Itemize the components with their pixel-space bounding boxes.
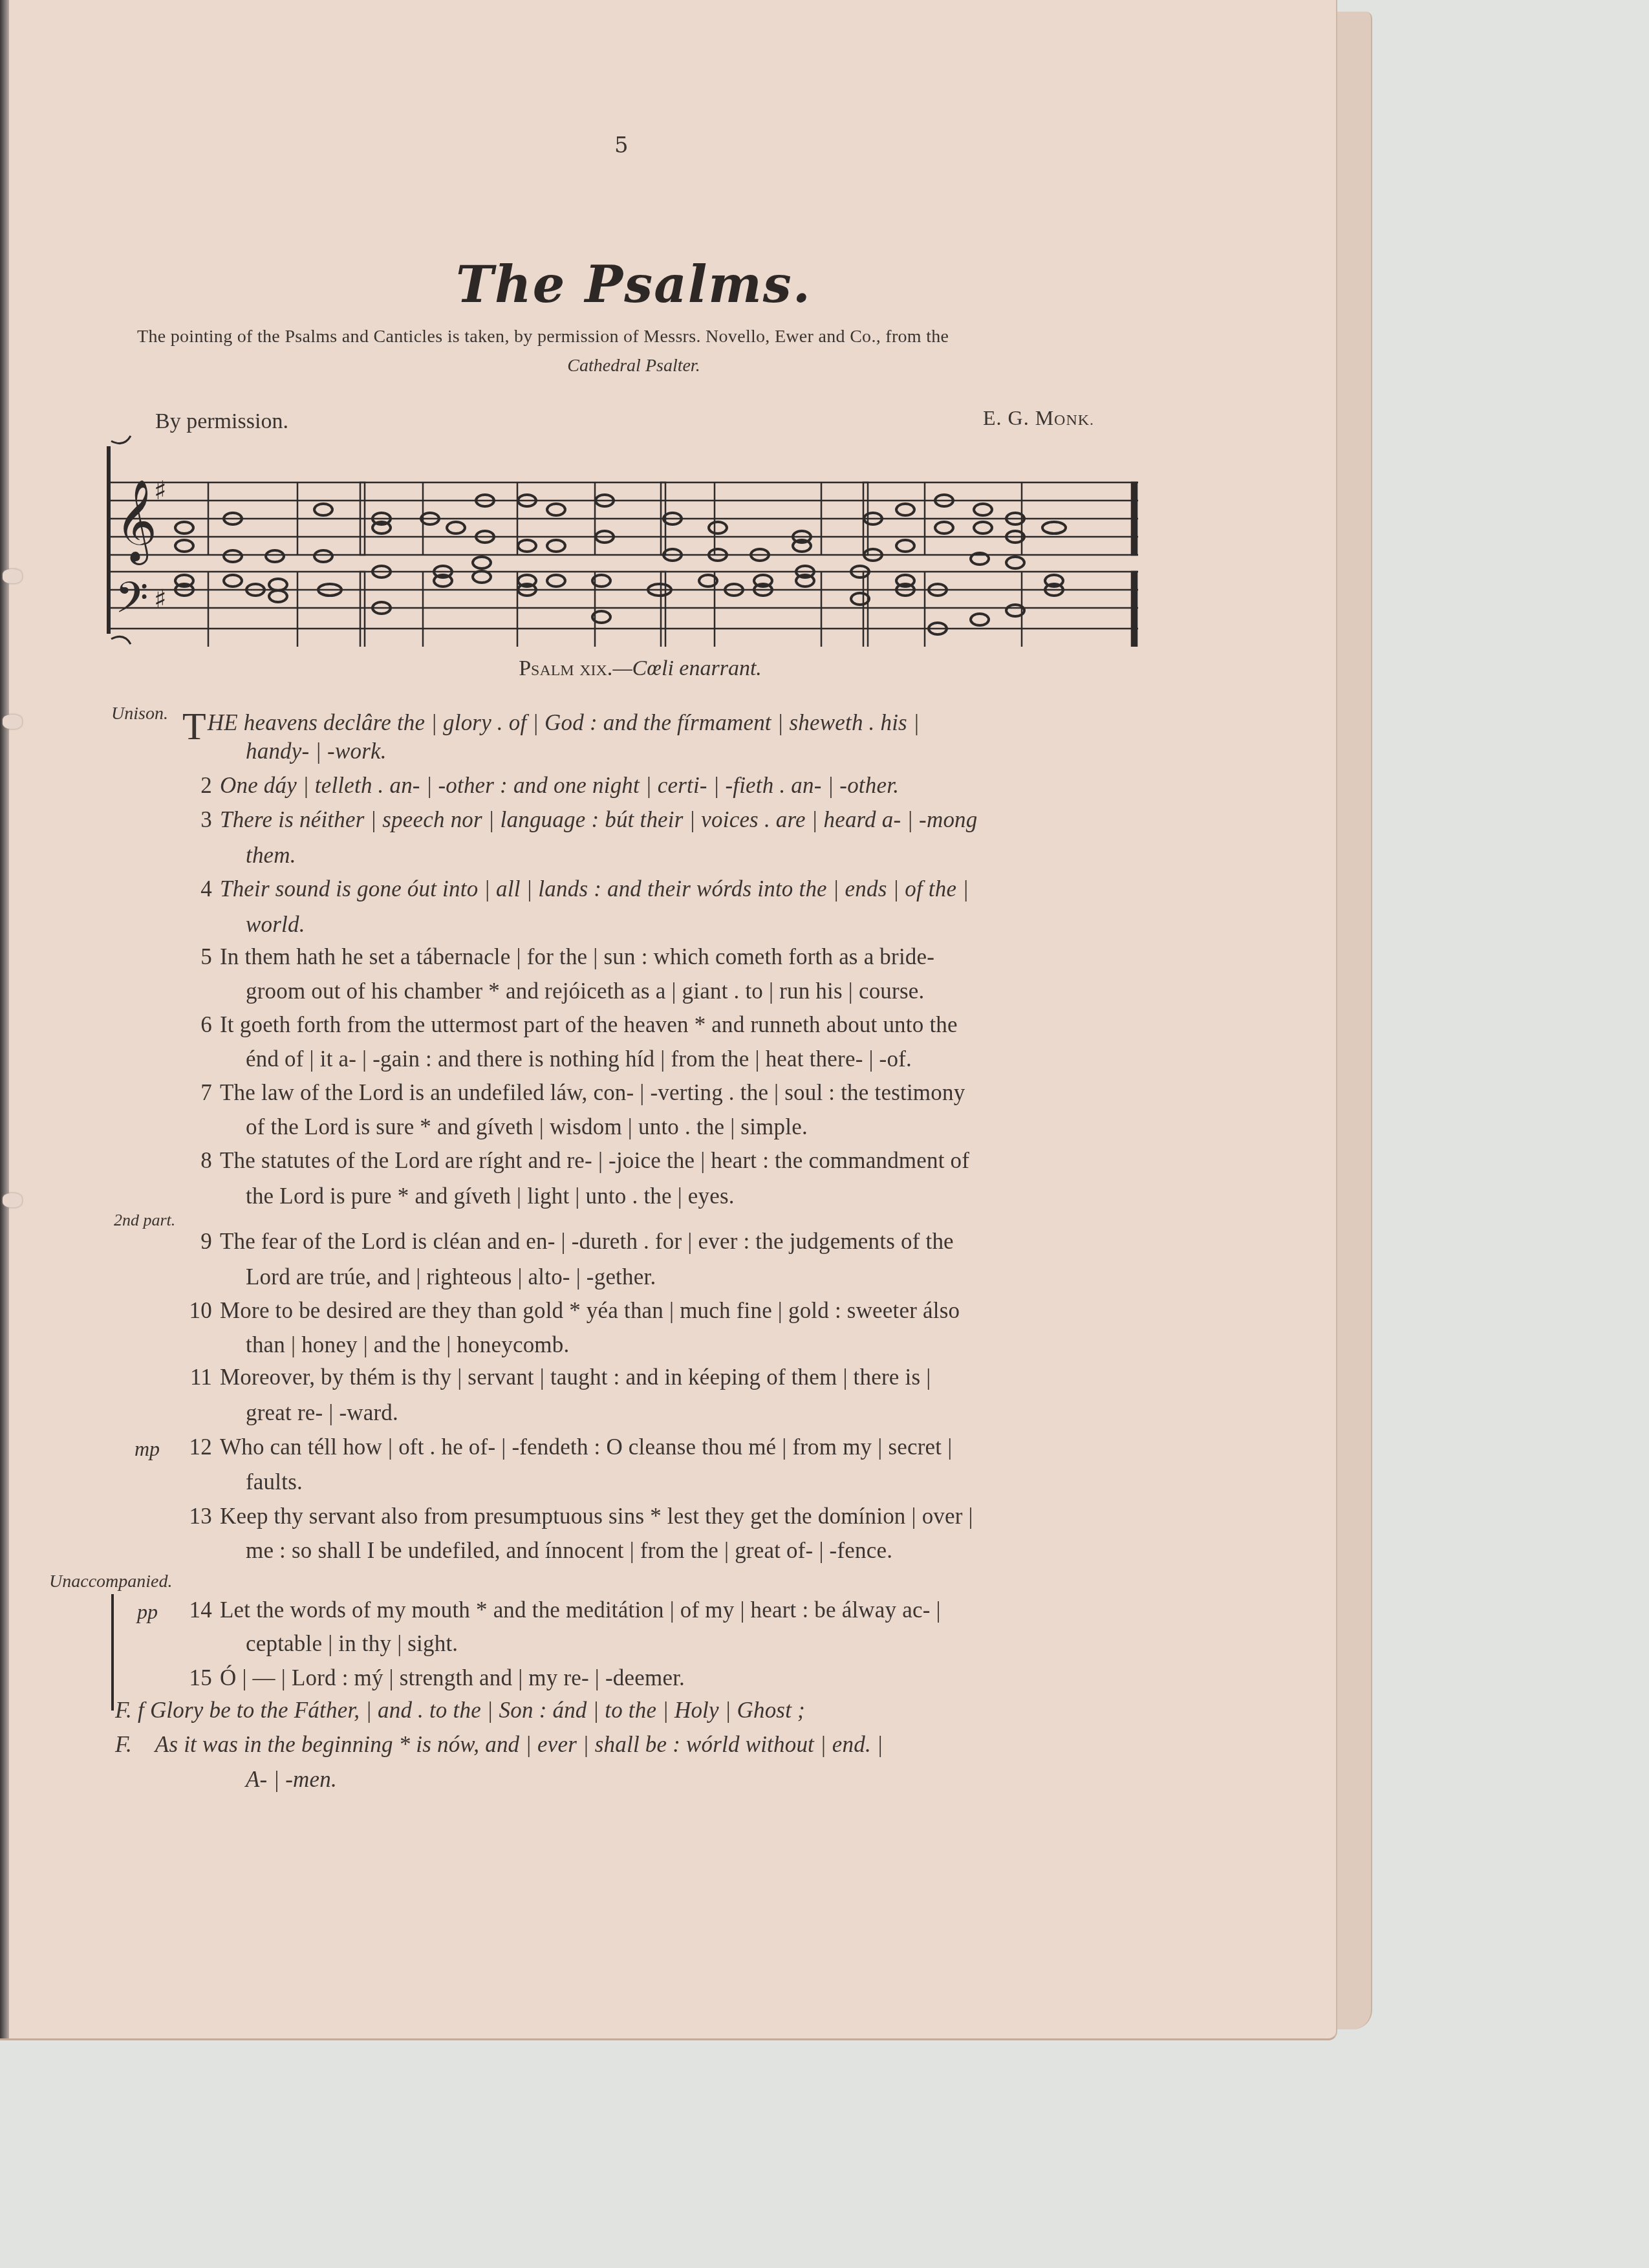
verse-11-line-2: great re- | -ward. [246, 1400, 398, 1426]
gloria-line-3: A- | -men. [246, 1767, 337, 1793]
gloria-line-2: F. As it was in the beginning * is nów, … [115, 1732, 883, 1758]
unaccompanied-note: Unaccompanied. [49, 1571, 173, 1592]
treble-clef-icon: 𝄞 [115, 479, 157, 565]
verse-10-line-2: than | honey | and the | honeycomb. [246, 1332, 569, 1358]
pointing-source: Cathedral Psalter. [0, 356, 1267, 376]
sharp-icon: ♯ [154, 476, 166, 506]
unison-note: Unison. [111, 704, 168, 724]
page-title: The Psalms. [0, 255, 1267, 314]
verse-7-line-1: 7The law of the Lord is an undefiled láw… [182, 1080, 965, 1106]
bass-staff [110, 572, 1138, 647]
verse-10-line-1: 10More to be desired are they than gold … [182, 1298, 960, 1324]
note-heads [175, 495, 1066, 634]
psalm-latin-title: —Cœli enarrant. [612, 656, 761, 680]
verse-13-line-2: me : so shall I be undefiled, and ínnoce… [246, 1538, 892, 1564]
verse-5-line-1: 5In them hath he set a tábernacle | for … [182, 944, 934, 970]
verse-3-line-1: 3There is néither | speech nor | languag… [182, 807, 977, 833]
composer-initials: E. G. M [983, 406, 1054, 429]
pointing-note: The pointing of the Psalms and Canticles… [137, 327, 949, 347]
sharp-icon: ♯ [154, 585, 166, 614]
treble-staff [110, 482, 1138, 555]
document-page: 5 The Psalms. The pointing of the Psalms… [0, 0, 1337, 2040]
verse-6-line-1: 6It goeth forth from the uttermost part … [182, 1012, 958, 1038]
unaccompanied-bracket [111, 1594, 114, 1711]
full-choir-mark: F. [115, 1698, 132, 1723]
full-choir-mark: F. [115, 1732, 132, 1757]
verse-4-line-2: world. [246, 912, 305, 938]
psalm-heading: Psalm xix.—Cœli enarrant. [0, 656, 1280, 681]
stitch-mark [3, 715, 22, 729]
dynamic-pp: pp [137, 1600, 158, 1624]
verse-5-line-2: groom out of his chamber * and rejóiceth… [246, 978, 924, 1004]
stitch-mark [3, 569, 22, 583]
gloria-line-1: F. f Glory be to the Fáther, | and . to … [115, 1698, 805, 1723]
verse-7-line-2: of the Lord is sure * and gíveth | wisdo… [246, 1114, 808, 1140]
second-part-note: 2nd part. [114, 1211, 175, 1230]
verse-8-line-1: 8The statutes of the Lord are ríght and … [182, 1148, 969, 1174]
verse-1-line-1: THE heavens declâre the | glory . of | G… [182, 695, 920, 740]
verse-1-text: HE heavens declâre the | glory . of | Go… [208, 710, 920, 735]
bass-clef-icon: 𝄢 [115, 573, 148, 633]
verse-9-line-2: Lord are trúe, and | righteous | alto- |… [246, 1264, 656, 1290]
page-number: 5 [614, 133, 629, 158]
verse-14-line-2: ceptable | in thy | sight. [246, 1631, 458, 1657]
verse-15: 15Ó | — | Lord : mý | strength and | my … [182, 1665, 685, 1691]
verse-14-line-1: 14Let the words of my mouth * and the me… [182, 1597, 941, 1623]
verse-4-line-1: 4Their sound is gone óut into | all | la… [182, 876, 969, 902]
stitch-mark [3, 1193, 22, 1207]
verse-3-line-2: them. [246, 843, 296, 869]
verse-8-line-2: the Lord is pure * and gíveth | light | … [246, 1183, 735, 1209]
psalm-number: Psalm xix. [519, 656, 612, 680]
verse-13-line-1: 13Keep thy servant also from presumptuou… [182, 1504, 973, 1529]
dynamic-f: f [138, 1698, 144, 1723]
verse-2: 2One dáy | telleth . an- | -other : and … [182, 773, 899, 799]
dynamic-mp: mp [135, 1437, 160, 1461]
verse-1-line-2: handy- | -work. [246, 739, 387, 764]
drop-cap: T [182, 705, 206, 748]
verse-9-line-1: 9The fear of the Lord is cléan and en- |… [182, 1229, 954, 1255]
verse-12-line-2: faults. [246, 1469, 303, 1495]
verse-6-line-2: énd of | it a- | -gain : and there is no… [246, 1046, 912, 1072]
chant-score: 𝄞 ♯ 𝄢 ♯ [103, 427, 1151, 647]
verse-12-line-1: 12Who can téll how | oft . he of- | -fen… [182, 1434, 952, 1460]
verse-11-line-1: 11Moreover, by thém is thy | servant | t… [182, 1365, 931, 1390]
